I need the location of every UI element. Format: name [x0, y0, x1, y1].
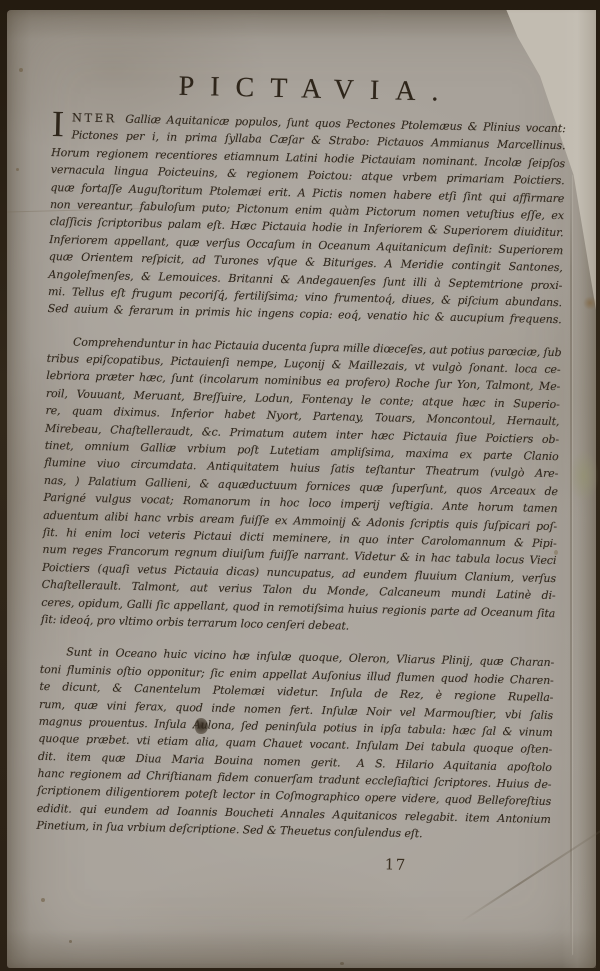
- speck: [41, 898, 45, 902]
- text-block: PICTAVIA. I NTER Galliæ Aquitanicæ popul…: [36, 68, 567, 877]
- speck: [69, 940, 72, 943]
- page-title: PICTAVIA.: [52, 68, 567, 111]
- drop-cap: I: [51, 109, 72, 142]
- speck: [16, 168, 19, 171]
- paragraph-3: Sunt in Oceano huic vicino hæ inſulæ quo…: [36, 643, 554, 845]
- paragraph-2: Comprehenduntur in hac Pictauia ducenta …: [41, 333, 561, 640]
- paragraph-1: I NTER Galliæ Aquitanicæ populos, ſunt q…: [48, 109, 566, 329]
- small-caps-word: NTER: [72, 110, 117, 125]
- stain: [583, 296, 597, 310]
- stain: [569, 450, 599, 502]
- speck: [19, 68, 23, 72]
- speck: [340, 962, 344, 965]
- fold-line: [570, 175, 572, 955]
- scanned-page: PICTAVIA. I NTER Galliæ Aquitanicæ popul…: [7, 10, 596, 968]
- page-number: 17: [36, 847, 550, 876]
